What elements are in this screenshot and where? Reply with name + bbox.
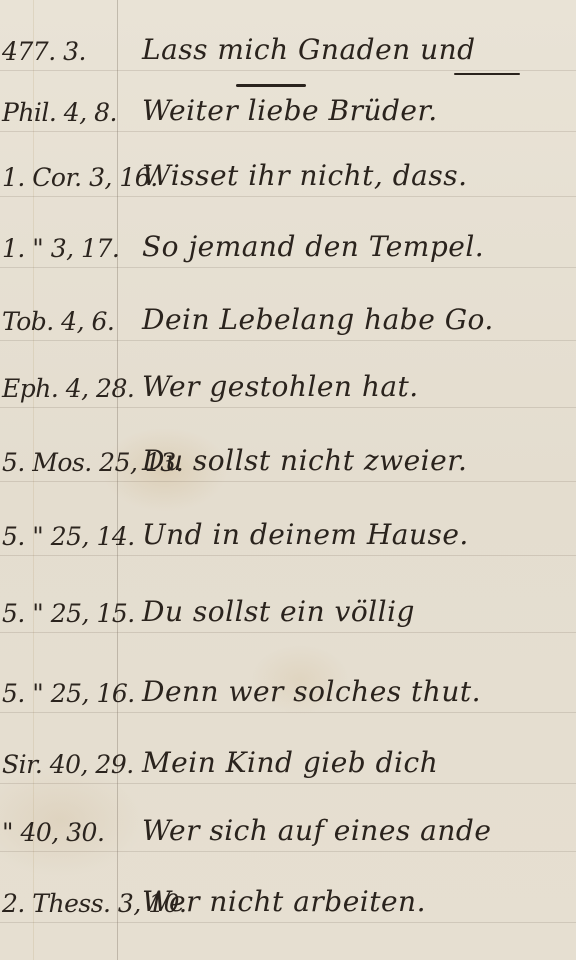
entry-row: 5. " 25, 15. Du sollst ein völlig [0, 574, 576, 634]
entry-row: 5. " 25, 14. Und in deinem Hause. [0, 497, 576, 557]
verse-text: Wer sich auf eines ande [112, 817, 576, 853]
verse-text: Dein Lebelang habe Go. [112, 306, 576, 342]
verse-reference: Phil. 4, 8. [0, 100, 112, 133]
verse-reference: " 40, 30. [0, 820, 112, 853]
verse-reference: Tob. 4, 6. [0, 309, 112, 342]
verse-reference: 5. " 25, 15. [0, 601, 112, 634]
verse-reference: 1. " 3, 17. [0, 236, 112, 269]
verse-reference: 5. Mos. 25, 13. [0, 450, 112, 483]
verse-reference: 5. " 25, 16. [0, 681, 112, 714]
verse-reference: Eph. 4, 28. [0, 376, 112, 409]
verse-text: So jemand den Tempel. [112, 233, 576, 269]
verse-text: Denn wer solches thut. [112, 678, 576, 714]
paper-page: 477. 3. Lass mich Gnaden und Phil. 4, 8.… [0, 0, 576, 960]
entry-row: Phil. 4, 8. Weiter liebe Brüder. [0, 73, 576, 133]
entry-row: Sir. 40, 29. Mein Kind gieb dich [0, 725, 576, 785]
entry-row: 1. Cor. 3, 16. Wisset ihr nicht, dass. [0, 138, 576, 198]
verse-text: Wer gestohlen hat. [112, 373, 576, 409]
entry-row: " 40, 30. Wer sich auf eines ande [0, 793, 576, 853]
entry-row: 1. " 3, 17. So jemand den Tempel. [0, 209, 576, 269]
entry-row: 477. 3. Lass mich Gnaden und [0, 12, 576, 72]
verse-reference: Sir. 40, 29. [0, 752, 112, 785]
verse-reference: 477. 3. [0, 39, 112, 72]
entry-row: 5. Mos. 25, 13. Du sollst nicht zweier. [0, 423, 576, 483]
entry-row: Eph. 4, 28. Wer gestohlen hat. [0, 349, 576, 409]
verse-text: Wisset ihr nicht, dass. [112, 162, 576, 198]
verse-reference: 1. Cor. 3, 16. [0, 165, 112, 198]
verse-text: Du sollst nicht zweier. [112, 447, 576, 483]
verse-text: Mein Kind gieb dich [112, 749, 576, 785]
entry-row: Tob. 4, 6. Dein Lebelang habe Go. [0, 282, 576, 342]
verse-reference: 2. Thess. 3, 10. [0, 891, 112, 924]
verse-text: Du sollst ein völlig [112, 598, 576, 634]
verse-reference: 5. " 25, 14. [0, 524, 112, 557]
verse-text: Lass mich Gnaden und [112, 36, 576, 72]
verse-text: Und in deinem Hause. [112, 521, 576, 557]
verse-text: Wer nicht arbeiten. [112, 888, 576, 924]
entry-row: 5. " 25, 16. Denn wer solches thut. [0, 654, 576, 714]
entry-row: 2. Thess. 3, 10. Wer nicht arbeiten. [0, 864, 576, 924]
verse-text: Weiter liebe Brüder. [112, 97, 576, 133]
